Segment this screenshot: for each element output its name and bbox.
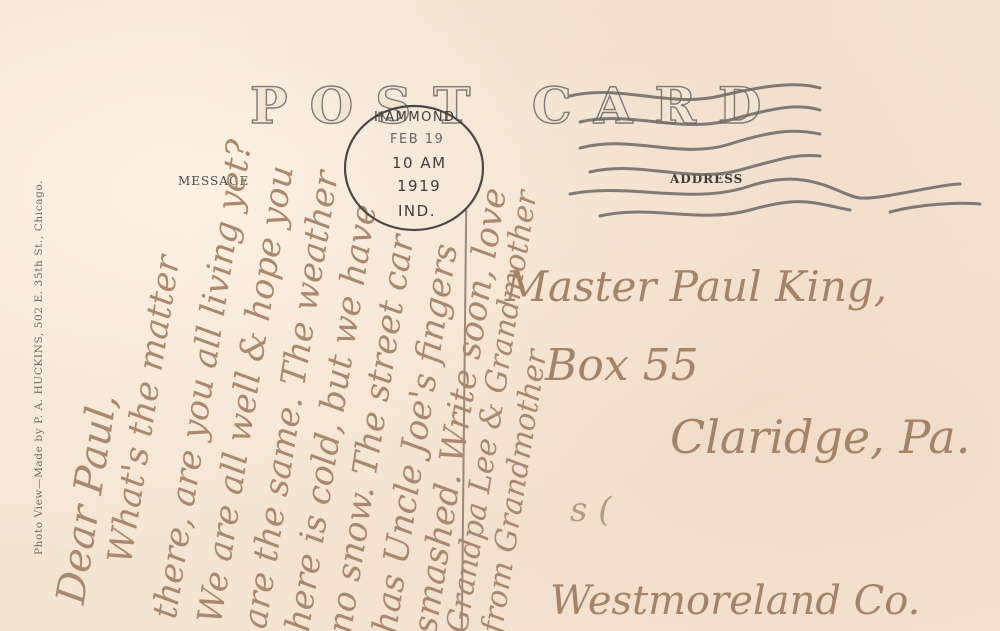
address-city: Claridge, Pa. bbox=[670, 410, 970, 464]
postmark-time: 10 AM bbox=[392, 154, 447, 172]
address-county: Westmoreland Co. bbox=[550, 578, 920, 624]
postmark-date: FEB 19 bbox=[390, 132, 444, 147]
address-name: Master Paul King, bbox=[505, 262, 887, 311]
printer-credit: Photo View—Made by P. A. HUCKINS, 502 E.… bbox=[33, 180, 45, 555]
postmark-year: 1919 bbox=[397, 177, 441, 195]
postcard-back: Photo View—Made by P. A. HUCKINS, 502 E.… bbox=[0, 0, 1000, 631]
address-box: Box 55 bbox=[545, 340, 699, 391]
cancellation-lines bbox=[560, 74, 1000, 224]
postmark: HAMMOND FEB 19 10 AM 1919 IND. bbox=[340, 102, 488, 234]
address-marks: s ( bbox=[570, 490, 612, 530]
postmark-city: HAMMOND bbox=[374, 110, 456, 125]
postmark-state: IND. bbox=[398, 202, 436, 220]
